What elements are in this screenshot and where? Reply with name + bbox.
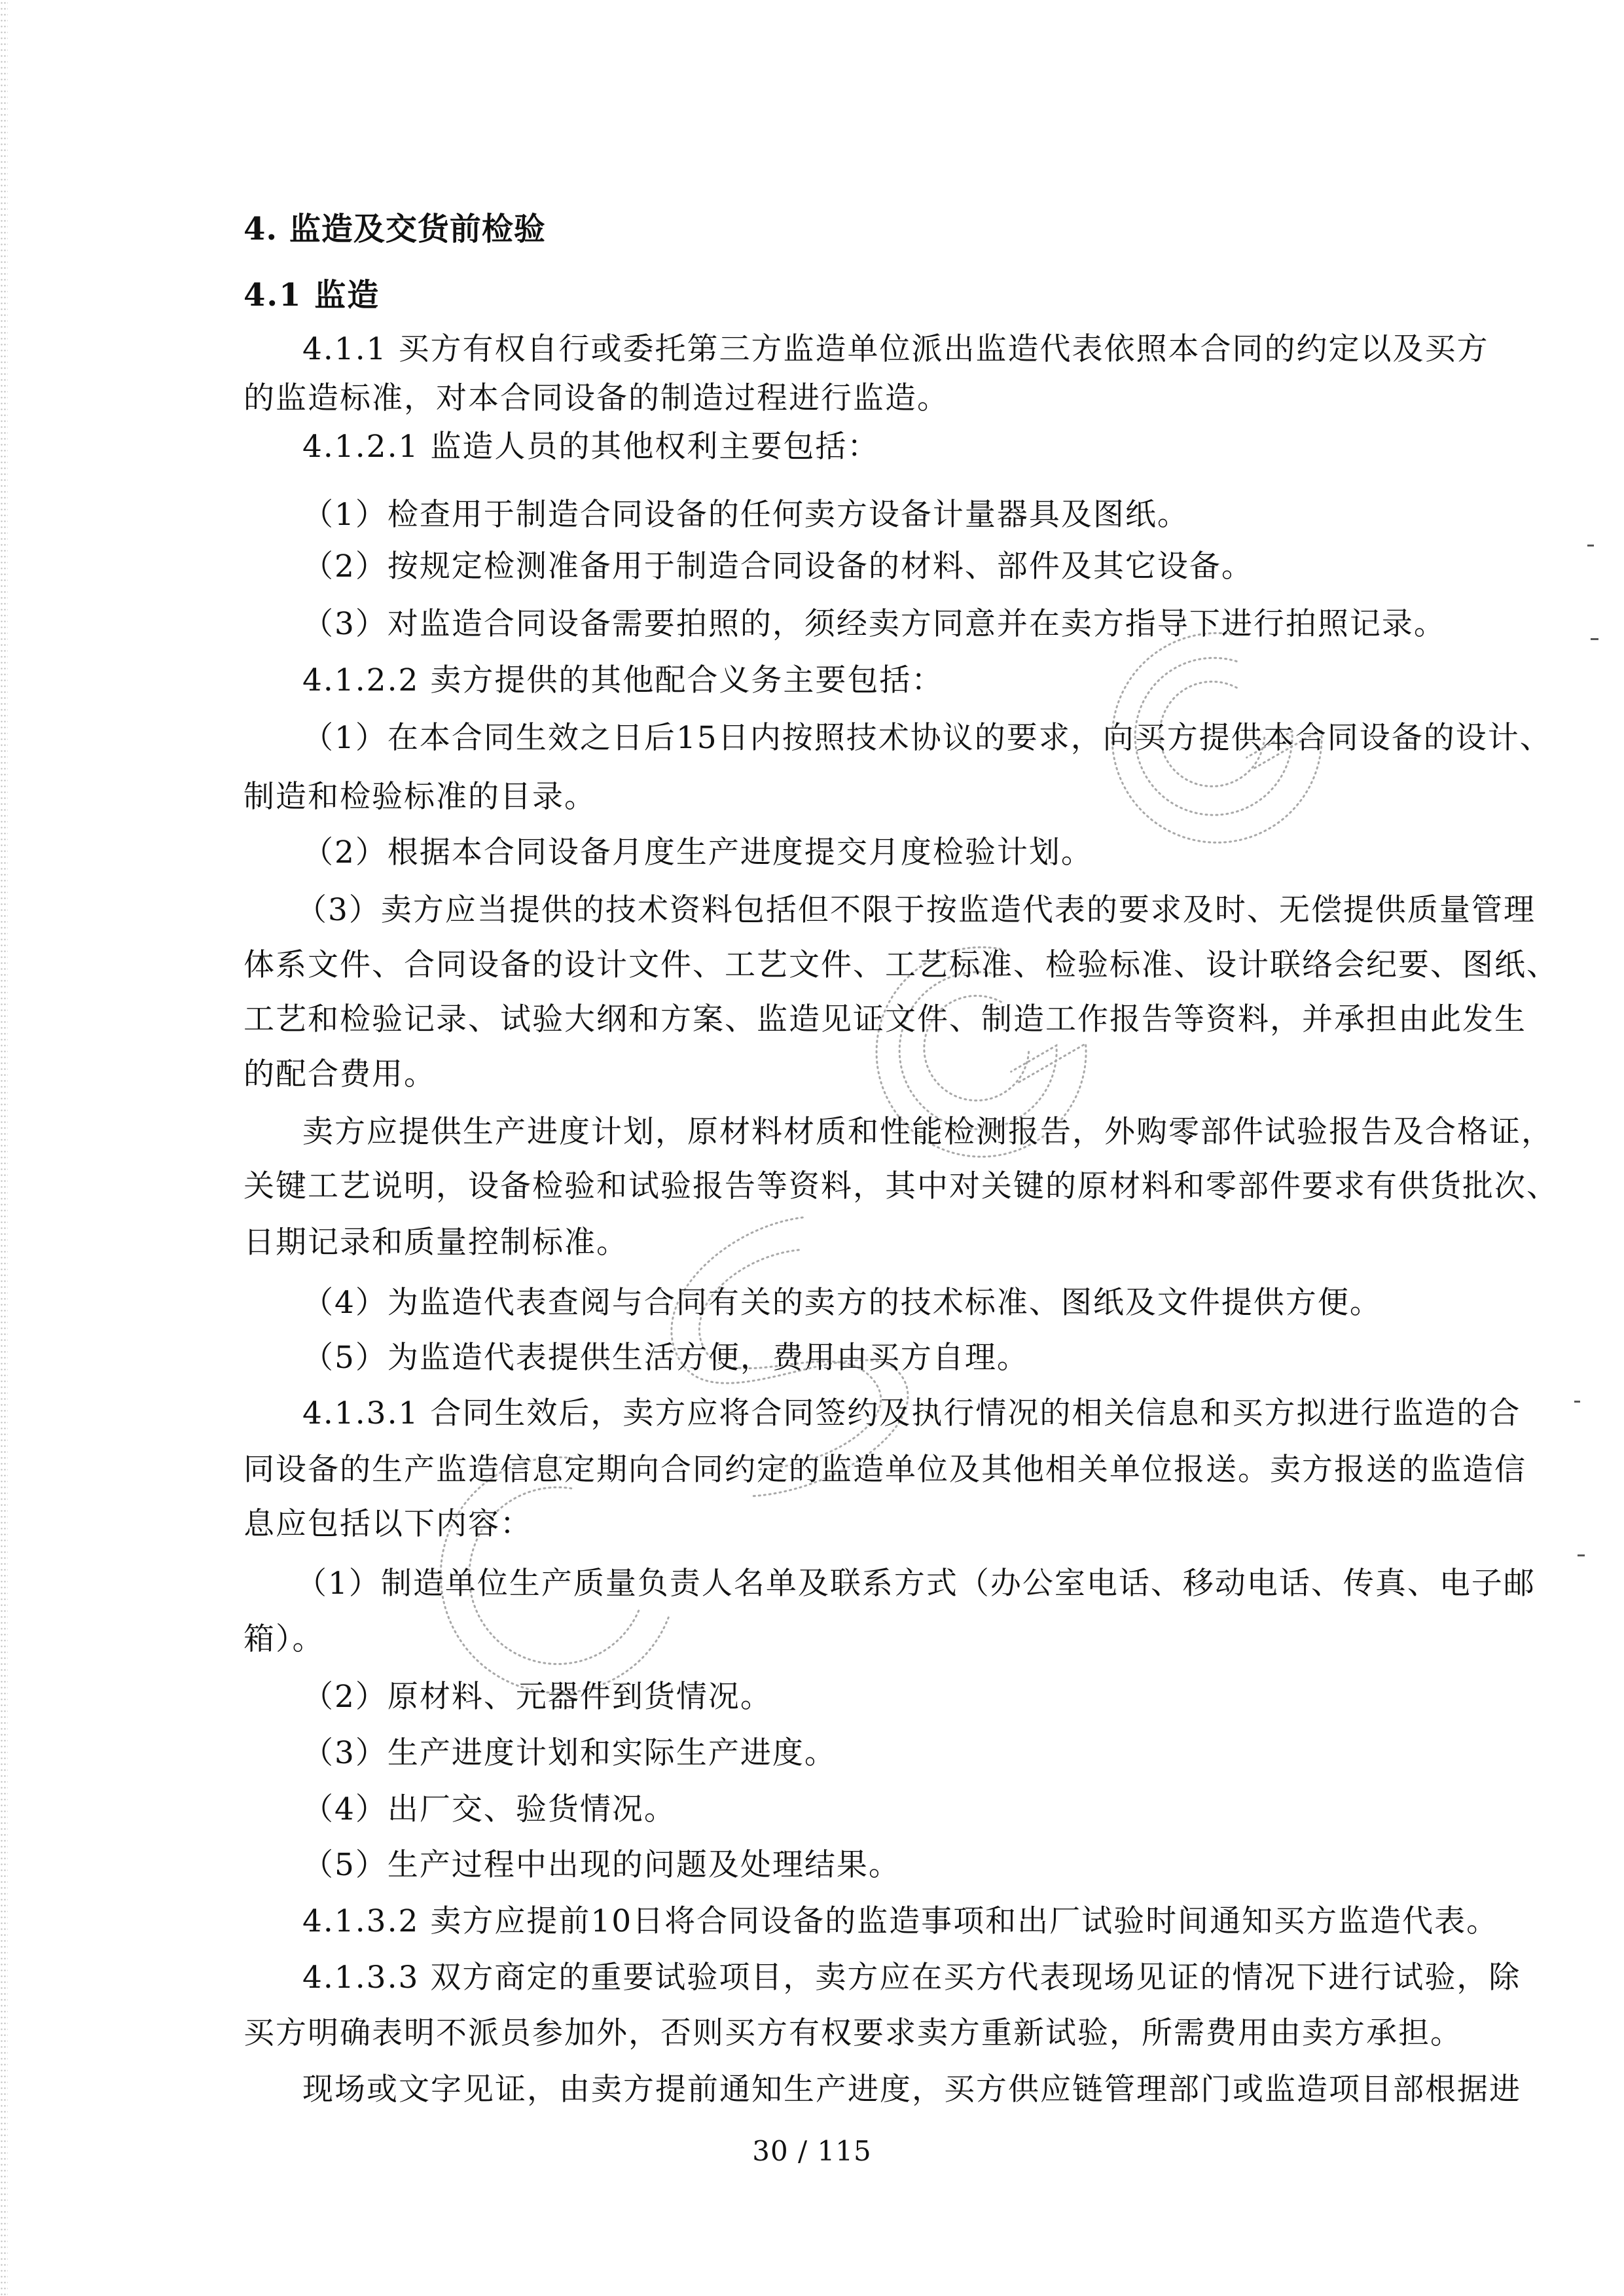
list-item: （1）在本合同生效之日后15日内按照技术协议的要求，向买方提供本合同设备的设计、	[302, 720, 1552, 757]
paragraph-line: 体系文件、合同设备的设计文件、工艺文件、工艺标准、检验标准、设计联络会纪要、图纸…	[244, 947, 1559, 984]
list-item: （5）为监造代表提供生活方便，费用由买方自理。	[302, 1340, 1029, 1376]
paragraph-line: 同设备的生产监造信息定期向合同约定的监造单位及其他相关单位报送。卖方报送的监造信	[244, 1452, 1526, 1488]
scan-speck	[1574, 1401, 1580, 1403]
paragraph-line: 箱）。	[244, 1621, 325, 1658]
list-item: （2）根据本合同设备月度生产进度提交月度检验计划。	[302, 834, 1093, 871]
list-item: （3）生产进度计划和实际生产进度。	[302, 1735, 837, 1772]
list-item: （1）制造单位生产质量负责人名单及联系方式（办公室电话、移动电话、传真、电子邮	[296, 1566, 1536, 1602]
section-heading: 4. 监造及交货前检验	[244, 211, 546, 247]
paragraph-line: 关键工艺说明，设备检验和试验报告等资料，其中对关键的原材料和零部件要求有供货批次…	[244, 1168, 1559, 1205]
document-page: 4. 监造及交货前检验 4.1 监造 4.1.1 买方有权自行或委托第三方监造单…	[0, 0, 1624, 2296]
clause-4-1-3-1: 4.1.3.1 合同生效后，卖方应将合同签约及执行情况的相关信息和买方拟进行监造…	[302, 1395, 1521, 1432]
clause-4-1-3-2: 4.1.3.2 卖方应提前10日将合同设备的监造事项和出厂试验时间通知买方监造代…	[302, 1903, 1498, 1940]
list-item: （5）生产过程中出现的问题及处理结果。	[302, 1847, 901, 1884]
clause-4-1-2-2: 4.1.2.2 卖方提供的其他配合义务主要包括：	[302, 662, 943, 699]
paragraph-line: 现场或文字见证，由卖方提前通知生产进度，买方供应链管理部门或监造项目部根据进	[302, 2072, 1521, 2108]
list-item: （4）为监造代表查阅与合同有关的卖方的技术标准、图纸及文件提供方便。	[302, 1285, 1382, 1321]
paragraph-line: 卖方应提供生产进度计划，原材料材质和性能检测报告，外购零部件试验报告及合格证，	[302, 1114, 1553, 1151]
clause-4-1-3-3: 4.1.3.3 双方商定的重要试验项目，卖方应在买方代表现场见证的情况下进行试验…	[302, 1960, 1521, 1996]
list-item: （2）原材料、元器件到货情况。	[302, 1679, 772, 1715]
paragraph-line: 的监造标准，对本合同设备的制造过程进行监造。	[244, 380, 949, 417]
list-item: （1）检查用于制造合同设备的任何卖方设备计量器具及图纸。	[302, 497, 1189, 533]
paragraph-line: 制造和检验标准的目录。	[244, 779, 596, 816]
scan-edge-artifact	[0, 0, 8, 2296]
clause-4-1-2-1: 4.1.2.1 监造人员的其他权利主要包括：	[302, 429, 879, 465]
scan-speck	[1591, 638, 1598, 640]
list-item: （3）对监造合同设备需要拍照的，须经卖方同意并在卖方指导下进行拍照记录。	[302, 606, 1446, 643]
paragraph-line: 的配合费用。	[244, 1056, 436, 1093]
scan-speck	[1578, 1554, 1585, 1556]
subsection-heading: 4.1 监造	[244, 277, 380, 314]
page-number: 30 / 115	[0, 2135, 1624, 2167]
list-item: （3）卖方应当提供的技术资料包括但不限于按监造代表的要求及时、无偿提供质量管理	[296, 892, 1536, 929]
paragraph-line: 工艺和检验记录、试验大纲和方案、监造见证文件、制造工作报告等资料，并承担由此发生	[244, 1001, 1526, 1038]
list-item: （4）出厂交、验货情况。	[302, 1791, 676, 1828]
paragraph-line: 买方明确表明不派员参加外，否则买方有权要求卖方重新试验，所需费用由卖方承担。	[244, 2015, 1462, 2052]
clause-4-1-1: 4.1.1 买方有权自行或委托第三方监造单位派出监造代表依照本合同的约定以及买方	[302, 331, 1489, 368]
scan-speck	[1587, 545, 1594, 547]
paragraph-line: 日期记录和质量控制标准。	[244, 1225, 628, 1261]
list-item: （2）按规定检测准备用于制造合同设备的材料、部件及其它设备。	[302, 548, 1254, 585]
paragraph-line: 息应包括以下内容：	[244, 1506, 532, 1543]
